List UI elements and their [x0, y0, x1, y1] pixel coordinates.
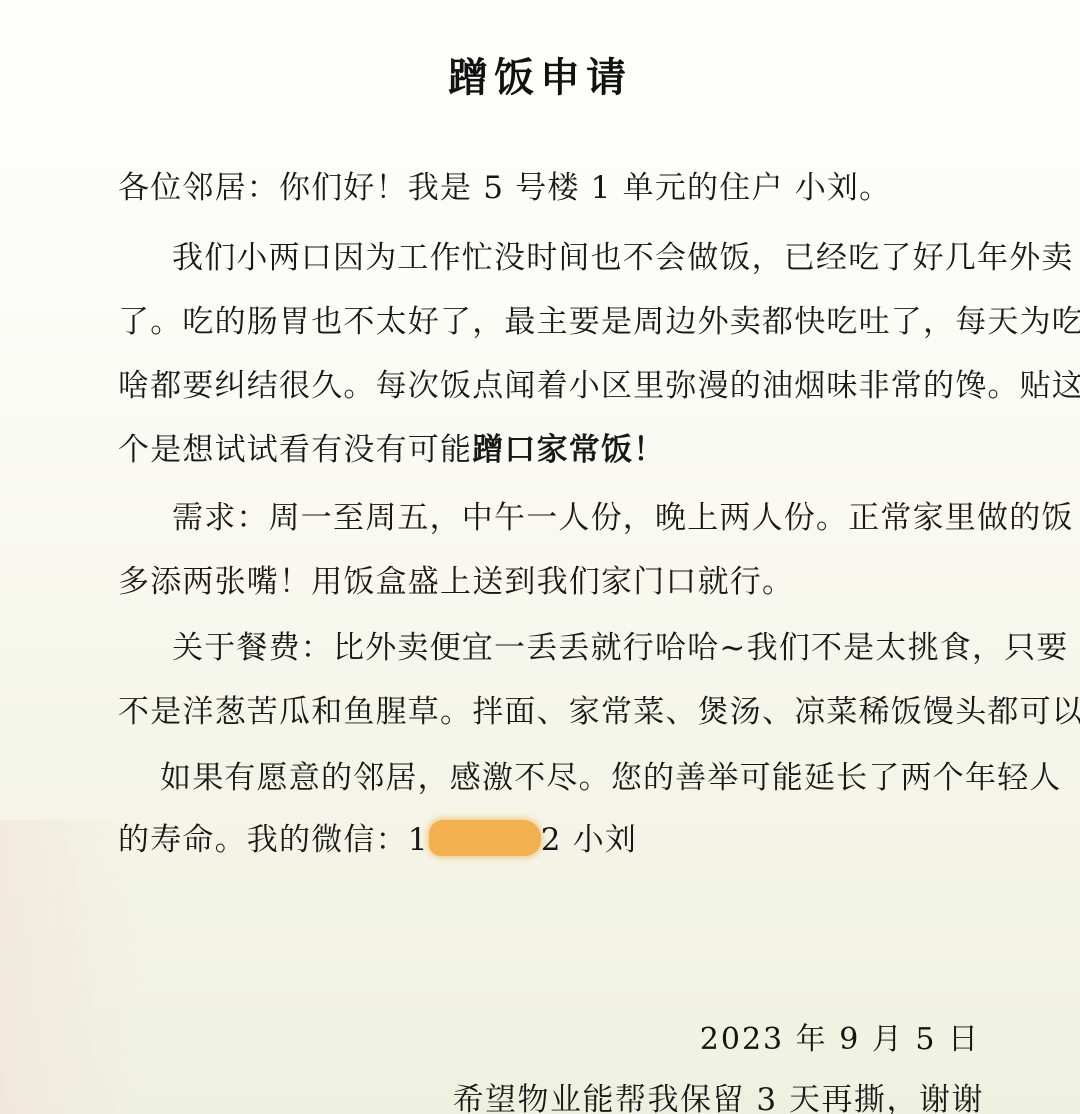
paragraph-1-line-1: 我们小两口因为工作忙没时间也不会做饭，已经吃了好几年外卖: [172, 232, 1074, 277]
paragraph-1-line-2: 了。吃的肠胃也不太好了，最主要是周边外卖都快吃吐了，每天为吃: [118, 296, 1080, 341]
greeting-line: 各位邻居：你们好！我是 5 号楼 1 单元的住户 小刘。: [118, 162, 891, 207]
contact-prefix: 的寿命。我的微信：1: [118, 822, 429, 858]
bold-phrase: 蹭口家常饭！: [472, 432, 665, 468]
contact-suffix: 2 小刘: [541, 822, 637, 858]
document-date: 2023 年 9 月 5 日: [700, 1014, 980, 1058]
fee-line-2: 不是洋葱苦瓜和鱼腥草。拌面、家常菜、煲汤、凉菜稀饭馒头都可以！: [118, 686, 1080, 731]
fee-line-1: 关于餐费：比外卖便宜一丢丢就行哈哈~我们不是太挑食，只要: [172, 622, 1069, 667]
paper-shadow: [0, 820, 140, 1114]
paragraph-1-line-3: 啥都要纠结很久。每次饭点闻着小区里弥漫的油烟味非常的馋。贴这: [118, 360, 1080, 405]
document-title: 蹭饭申请: [0, 46, 1080, 103]
footer-note: 希望物业能帮我保留 3 天再撕，谢谢: [453, 1074, 984, 1114]
requirements-line-1: 需求：周一至周五，中午一人份，晚上两人份。正常家里做的饭: [172, 492, 1074, 537]
closing-line-1: 如果有愿意的邻居，感激不尽。您的善举可能延长了两个年轻人: [160, 752, 1062, 797]
paragraph-1-line-4: 个是想试试看有没有可能蹭口家常饭！: [118, 424, 665, 469]
redaction-mark: [429, 820, 541, 856]
contact-line: 的寿命。我的微信：12 小刘: [118, 814, 637, 859]
requirements-line-2: 多添两张嘴！用饭盒盛上送到我们家门口就行。: [118, 556, 794, 601]
paragraph-1-line-4-text: 个是想试试看有没有可能: [118, 432, 472, 468]
